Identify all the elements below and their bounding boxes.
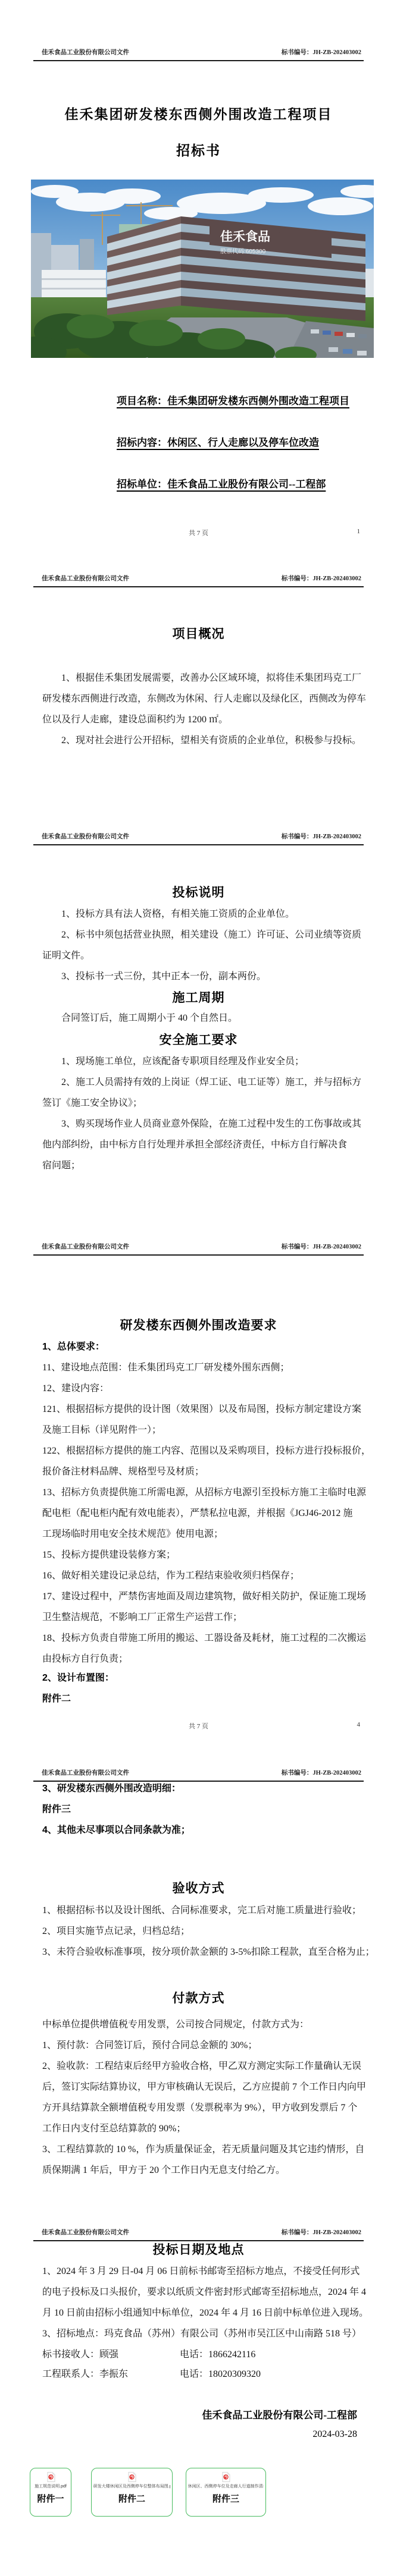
page-header: 佳禾食品工业股份有限公司文件 标书编号：JH-ZB-202403002 <box>33 831 364 845</box>
text-line: 15、投标方提供建设装修方案； <box>42 1545 367 1565</box>
tender-document: 佳禾食品工业股份有限公司文件 标书编号：JH-ZB-202403002 佳禾集团… <box>0 0 397 2576</box>
text-line: 研发楼东西侧进行改造，东侧改为休闲、行人走廊以及绿化区，西侧改为停车 <box>42 688 367 709</box>
cover-title-line2: 招标书 <box>0 140 397 159</box>
attachment-filename: 施工规范说明.pdf <box>35 2483 67 2489</box>
text-line: 后，签订实际结算协议，甲方审核确认无误后，乙方应提前 7 个工作日内向甲 <box>42 2077 367 2097</box>
header-company: 佳禾食品工业股份有限公司文件 <box>42 1242 129 1251</box>
text-line: 的电子投标及口头报价，要求以纸质文件密封形式邮寄至招标地点，2024 年 4 <box>42 2282 367 2303</box>
page-header: 佳禾食品工业股份有限公司文件 标书编号：JH-ZB-202403002 <box>33 2226 364 2241</box>
section-overview-body: 1、根据佳禾集团发展需要，改善办公区域环境，拟将佳禾集团玛克工厂研发楼东西侧进行… <box>42 668 367 751</box>
building-sign-text: 佳禾食品 <box>220 229 270 244</box>
cover-title-line1: 佳禾集团研发楼东西侧外围改造工程项目 <box>0 103 397 123</box>
attachment-label: 附件一 <box>37 2492 64 2505</box>
attachment-card-3[interactable]: 休闲区、西侧停车位及走廊人行道制作清单表.pdf 附件三 <box>186 2468 266 2517</box>
section-title-overview: 项目概况 <box>0 624 397 642</box>
header-company: 佳禾食品工业股份有限公司文件 <box>42 1768 129 1777</box>
text-line: 121、根据招标方提供的设计图（效果图）以及布局图，投标方制定建设方案 <box>42 1399 367 1420</box>
header-company: 佳禾食品工业股份有限公司文件 <box>42 48 129 56</box>
detail-attachment3-ref: 附件三 <box>42 1799 71 1820</box>
text-line: 2、标书中须包括营业执照，相关建设（施工）许可证、公司业绩等资质 <box>42 924 367 945</box>
text-line: 3、购买现场作业人员商业意外保险，在施工过程中发生的工伤事故或其 <box>42 1114 367 1134</box>
text-line: 122、根据招标方提供的施工内容、范围以及采购项目，投标方进行投标报价， <box>42 1440 367 1461</box>
detail-item-list: 3、研发楼东西侧外围改造明细： <box>42 1778 181 1799</box>
text-line: 及施工目标（详见附件一）； <box>42 1420 367 1440</box>
text-line: 18、投标方负责自带施工所用的搬运、工器设备及耗材，施工过程的二次搬运 <box>42 1628 367 1649</box>
attachment-filename: 研发大楼休闲区及西侧停车位整体布局图.pdf <box>93 2483 171 2489</box>
page-header: 佳禾食品工业股份有限公司文件 标书编号：JH-ZB-202403002 <box>33 1241 364 1256</box>
text-line: 1、现场施工单位，应该配备专职项目经理及作业安全员； <box>42 1051 367 1072</box>
footer-page-number: 1 <box>357 528 361 535</box>
text-line: 由投标方自行负责； <box>42 1649 367 1669</box>
header-doc-number: 标书编号：JH-ZB-202403002 <box>282 574 361 583</box>
attachment-filename: 休闲区、西侧停车位及走廊人行道制作清单表.pdf <box>188 2483 264 2489</box>
header-doc-number: 标书编号：JH-ZB-202403002 <box>282 1242 361 1251</box>
section-title-payment: 付款方式 <box>0 1989 397 2006</box>
page-footer: 共 7 页 4 <box>0 1721 397 1731</box>
page-footer: 共 7 页 1 <box>0 528 397 537</box>
contact-row-project-contact: 工程联系人：李振东 电话：18020309320 <box>0 2364 397 2385</box>
section-title-bid-notes: 投标说明 <box>0 883 397 901</box>
project-contact-phone: 电话：18020309320 <box>180 2364 261 2385</box>
section-acceptance-body: 1、根据招标书以及设计图纸、合同标准要求，完工后对施工质量进行验收；2、项目实施… <box>42 1900 367 1962</box>
project-contact-name: 工程联系人：李振东 <box>42 2364 128 2385</box>
text-line: 1、2024 年 3 月 29 日-04 月 06 日前标书邮寄至招标方地点，不… <box>42 2261 367 2282</box>
header-doc-number: 标书编号：JH-ZB-202403002 <box>282 1768 361 1777</box>
section-bid-notes-body: 1、投标方具有法人资格，有相关施工资质的企业单位。 2、标书中须包括营业执照，相… <box>42 904 367 987</box>
building-photo: 佳禾食品 股票代码:605300 <box>31 180 374 358</box>
text-line: 2、验收款：工程结束后经甲方验收合格，甲乙双方测定实际工作量确认无误 <box>42 2056 367 2077</box>
text-line: 中标单位提供增值税专用发票，公司按合同规定，付款方式为： <box>42 2014 367 2035</box>
section-title-acceptance: 验收方式 <box>0 1879 397 1896</box>
requirements-item-layout: 2、设计布置图： <box>42 1668 114 1688</box>
contact-row-bid-receiver: 标书接收人：顾强 电话：1866242116 <box>0 2344 397 2365</box>
text-line: 卫生整洁规范，不影响工厂正常生产运营工作； <box>42 1607 367 1628</box>
text-line: 报价备注材料品牌、规格型号及材质； <box>42 1461 367 1482</box>
text-line: 17、建设过程中，严禁伤害地面及周边建筑物，做好相关防护，保证施工现场 <box>42 1586 367 1607</box>
text-line: 方开具结算款全额增值税专用发票（发票税率为 9%），甲方收到发票后 7 个 <box>42 2097 367 2118</box>
text-line: 证明文件。 <box>42 945 367 966</box>
text-line: 配电柜（配电柜内配有效电能表），严禁私拉电源，并根据《JGJ46-2012 施 <box>42 1503 367 1524</box>
section-title-schedule: 投标日期及地点 <box>0 2240 397 2258</box>
text-line: 2、现对社会进行公开招标，望相关有资质的企业单位，积极参与投标。 <box>42 730 367 751</box>
signoff-company: 佳禾食品工业股份有限公司-工程部 <box>202 2407 357 2421</box>
footer-total-pages: 共 7 页 <box>189 1723 208 1730</box>
pdf-file-icon <box>127 2472 136 2482</box>
bid-receiver-phone: 电话：1866242116 <box>180 2344 255 2365</box>
text-line: 月 10 日前由招标小组通知中标单位，2024 年 4 月 16 日前中标单位进… <box>42 2303 367 2323</box>
text-line: 2、施工人员需持有效的上岗证（焊工证、电工证等）施工，并与招标方 <box>42 1072 367 1093</box>
text-line: 质保期满 1 年后，甲方于 20 个工作日内无息支付给乙方。 <box>42 2160 367 2181</box>
section-title-period: 施工周期 <box>0 988 397 1006</box>
cover-field-project-name: 项目名称：佳禾集团研发楼东西侧外围改造工程项目 <box>117 392 349 407</box>
text-line: 3、投标书一式三份，其中正本一份，副本两份。 <box>42 966 367 987</box>
text-line: 12、建设内容： <box>42 1378 367 1399</box>
section-payment-body: 中标单位提供增值税专用发票，公司按合同规定，付款方式为：1、预付款：合同签订后，… <box>42 2014 367 2181</box>
building-stock-code-text: 股票代码:605300 <box>220 247 266 255</box>
text-line: 位以及行人走廊，建设总面积约为 1200 ㎡。 <box>42 709 367 730</box>
section-safety-body: 1、现场施工单位，应该配备专职项目经理及作业安全员； 2、施工人员需持有效的上岗… <box>42 1051 367 1176</box>
text-line: 他内部纠纷，由中标方自行处理并承担全部经济责任，中标方自行解决食 <box>42 1134 367 1155</box>
text-line: 工现场临时用电安全技术规范》使用电源； <box>42 1524 367 1545</box>
header-company: 佳禾食品工业股份有限公司文件 <box>42 574 129 583</box>
header-company: 佳禾食品工业股份有限公司文件 <box>42 2228 129 2237</box>
pdf-file-icon <box>221 2472 230 2482</box>
attachment-card-2[interactable]: 研发大楼休闲区及西侧停车位整体布局图.pdf 附件二 <box>91 2468 173 2517</box>
text-line: 1、根据招标书以及设计图纸、合同标准要求，完工后对施工质量进行验收； <box>42 1900 367 1921</box>
text-line: 合同签订后，施工周期小于 40 个自然日。 <box>42 1008 367 1028</box>
text-line: 3、未符合验收标准事项，按分项价款金额的 3-5%扣除工程款，直至合格为止； <box>42 1942 367 1962</box>
text-line: 1、预付款：合同签订后，预付合同总金额的 30%； <box>42 2035 367 2056</box>
text-line: 宿问题； <box>42 1155 367 1176</box>
requirements-attachment2-ref: 附件二 <box>42 1688 71 1709</box>
page-header: 佳禾食品工业股份有限公司文件 标书编号：JH-ZB-202403002 <box>33 573 364 587</box>
text-line: 1、投标方具有法人资格，有相关施工资质的企业单位。 <box>42 904 367 924</box>
detail-item-contract: 4、其他未尽事项以合同条款为准； <box>42 1820 190 1841</box>
section-requirements-body: 11、建设地点范围：佳禾集团玛克工厂研发楼外围东西侧；12、建设内容：121、根… <box>42 1357 367 1669</box>
header-doc-number: 标书编号：JH-ZB-202403002 <box>282 2228 361 2237</box>
signoff-date: 2024-03-28 <box>312 2429 357 2440</box>
text-line: 3、工程结算款的 10 %，作为质量保证金，若无质量问题及其它违约情形，自 <box>42 2139 367 2160</box>
footer-total-pages: 共 7 页 <box>189 530 208 537</box>
header-doc-number: 标书编号：JH-ZB-202403002 <box>282 48 361 56</box>
pdf-file-icon <box>46 2472 55 2482</box>
page-header: 佳禾食品工业股份有限公司文件 标书编号：JH-ZB-202403002 <box>33 46 364 61</box>
text-line: 11、建设地点范围：佳禾集团玛克工厂研发楼外围东西侧； <box>42 1357 367 1378</box>
section-title-safety: 安全施工要求 <box>0 1030 397 1048</box>
attachment-card-1[interactable]: 施工规范说明.pdf 附件一 <box>30 2468 71 2517</box>
header-company: 佳禾食品工业股份有限公司文件 <box>42 832 129 841</box>
text-line: 3、招标地点：玛克食品（苏州）有限公司（苏州市吴江区中山南路 518 号） <box>42 2323 367 2344</box>
footer-page-number: 4 <box>357 1721 361 1728</box>
text-line: 工作日内支付至总结算款的 90%； <box>42 2118 367 2139</box>
section-title-requirements: 研发楼东西侧外围改造要求 <box>0 1316 397 1333</box>
section-period-body: 合同签订后，施工周期小于 40 个自然日。 <box>42 1008 367 1028</box>
text-line: 1、根据佳禾集团发展需要，改善办公区域环境，拟将佳禾集团玛克工厂 <box>42 668 367 688</box>
requirements-item-general: 1、总体要求： <box>42 1336 105 1357</box>
bid-receiver-name: 标书接收人：顾强 <box>42 2344 118 2365</box>
section-schedule-body: 1、2024 年 3 月 29 日-04 月 06 日前标书邮寄至招标方地点，不… <box>42 2261 367 2344</box>
attachment-label: 附件二 <box>118 2492 145 2505</box>
cover-field-tender-unit: 招标单位：佳禾食品工业股份有限公司--工程部 <box>117 476 326 490</box>
attachment-label: 附件三 <box>212 2492 239 2505</box>
text-line: 2、项目实施节点记录，归档总结； <box>42 1921 367 1942</box>
cover-field-tender-content: 招标内容：休闲区、行人走廊以及停车位改造 <box>117 434 319 449</box>
header-doc-number: 标书编号：JH-ZB-202403002 <box>282 832 361 841</box>
text-line: 13、招标方负责提供施工所需电源，从招标方电源引至投标方施工主临时电源 <box>42 1482 367 1503</box>
text-line: 签订《施工安全协议》； <box>42 1093 367 1114</box>
building-photo-illustration: 佳禾食品 股票代码:605300 <box>31 180 374 358</box>
text-line: 16、做好相关建设记录总结，作为工程结束验收须归档保存； <box>42 1565 367 1586</box>
